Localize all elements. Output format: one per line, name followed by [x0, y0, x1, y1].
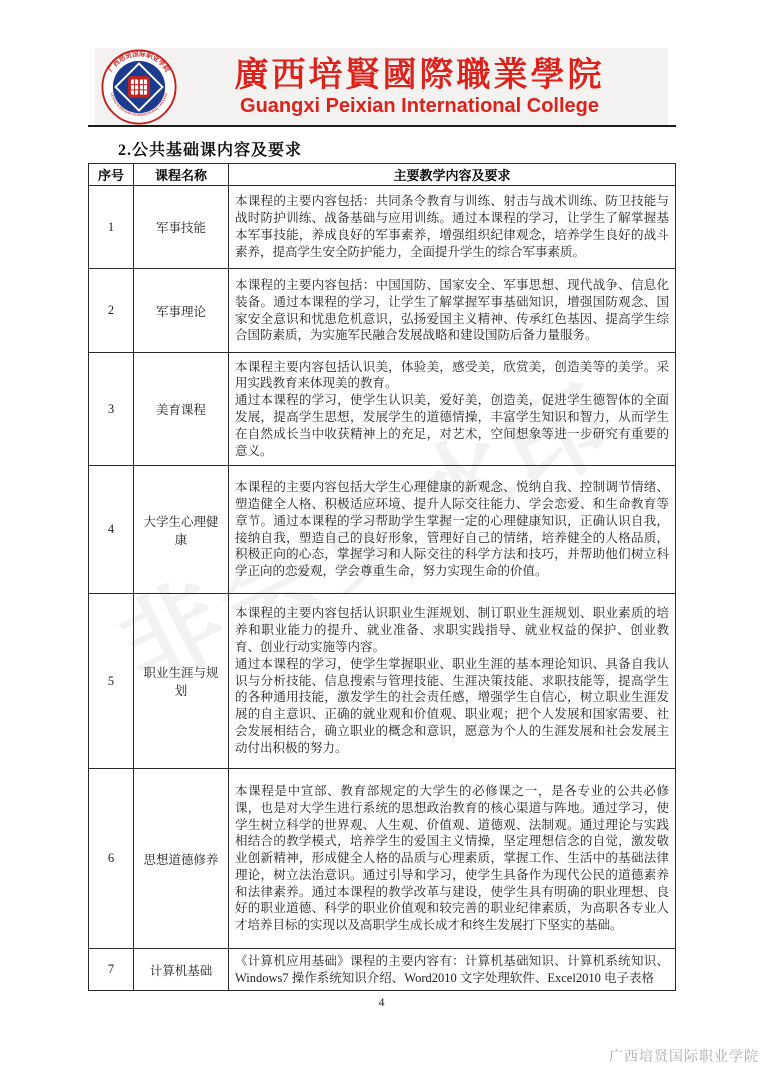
college-header: 广西培贤国际职业学院 GUANGXI PEIXIAN INTERNATIONAL…	[95, 48, 668, 125]
content-paragraph: 本课程主要内容包括认识美，体验美，感受美，欣赏美，创造美等的美学。采用实践教育来…	[235, 359, 669, 393]
course-content: 《计算机应用基础》课程的主要内容有：计算机基础知识、计算机系统知识、Window…	[229, 949, 676, 991]
header-divider	[88, 125, 676, 127]
content-paragraph: 本课程的主要内容包括：中国国防、国家安全、军事思想、现代战争、信息化装备。通过本…	[235, 277, 669, 344]
course-name: 美育课程	[134, 353, 229, 466]
course-name: 思想道德修养	[134, 769, 229, 949]
row-number: 7	[89, 949, 134, 991]
footer-college-name: 广西培贤国际职业学院	[609, 1046, 759, 1066]
course-name: 计算机基础	[134, 949, 229, 991]
table-header-row: 序号 课程名称 主要教学内容及要求	[89, 164, 676, 186]
course-name: 军事技能	[134, 186, 229, 269]
course-name: 军事理论	[134, 269, 229, 353]
course-content: 本课程的主要内容包括大学生心理健康的新观念、悦纳自我、控制调节情绪、塑造健全人格…	[229, 466, 676, 594]
college-name-zh: 廣西培賢國際職業學院	[177, 56, 662, 94]
content-paragraph: 本课程是中宣部、教育部规定的大学生的必修课之一，是各专业的公共必修课，也是对大学…	[235, 783, 669, 934]
college-name-en: Guangxi Peixian International College	[177, 94, 662, 118]
col-header-content: 主要教学内容及要求	[229, 164, 676, 186]
row-number: 5	[89, 594, 134, 769]
content-paragraph: 本课程的主要内容包括认识职业生涯规划、制订职业生涯规划、职业素质的培养和职业能力…	[235, 605, 669, 655]
row-number: 4	[89, 466, 134, 594]
document-page: 非会员水印 广西培贤国际职业学院	[0, 0, 763, 1080]
table-row: 4 大学生心理健康 本课程的主要内容包括大学生心理健康的新观念、悦纳自我、控制调…	[89, 466, 676, 594]
college-name-block: 廣西培賢國際職業學院 Guangxi Peixian International…	[177, 56, 668, 118]
table-row: 2 军事理论 本课程的主要内容包括：中国国防、国家安全、军事思想、现代战争、信息…	[89, 269, 676, 353]
course-table: 序号 课程名称 主要教学内容及要求 1 军事技能 本课程的主要内容包括：共同条令…	[88, 163, 676, 991]
content-paragraph: 《计算机应用基础》课程的主要内容有：计算机基础知识、计算机系统知识、Window…	[235, 953, 669, 987]
table-row: 6 思想道德修养 本课程是中宣部、教育部规定的大学生的必修课之一，是各专业的公共…	[89, 769, 676, 949]
course-content: 本课程是中宣部、教育部规定的大学生的必修课之一，是各专业的公共必修课，也是对大学…	[229, 769, 676, 949]
course-content: 本课程的主要内容包括认识职业生涯规划、制订职业生涯规划、职业素质的培养和职业能力…	[229, 594, 676, 769]
col-header-course: 课程名称	[134, 164, 229, 186]
section-title: 2.公共基础课内容及要求	[118, 137, 302, 160]
table-row: 1 军事技能 本课程的主要内容包括：共同条令教育与训练、射击与战术训练、防卫技能…	[89, 186, 676, 269]
content-paragraph: 本课程的主要内容包括大学生心理健康的新观念、悦纳自我、控制调节情绪、塑造健全人格…	[235, 479, 669, 580]
course-content: 本课程的主要内容包括：中国国防、国家安全、军事思想、现代战争、信息化装备。通过本…	[229, 269, 676, 353]
course-content: 本课程主要内容包括认识美，体验美，感受美，欣赏美，创造美等的美学。采用实践教育来…	[229, 353, 676, 466]
content-paragraph: 通过本课程的学习，使学生认识美，爱好美，创造美，促进学生德智体的全面发展，提高学…	[235, 392, 669, 459]
table-row: 3 美育课程 本课程主要内容包括认识美，体验美，感受美，欣赏美，创造美等的美学。…	[89, 353, 676, 466]
row-number: 1	[89, 186, 134, 269]
row-number: 2	[89, 269, 134, 353]
page-number: 4	[0, 995, 763, 1010]
course-name: 职业生涯与规划	[134, 594, 229, 769]
college-logo-emblem: 广西培贤国际职业学院 GUANGXI PEIXIAN INTERNATIONAL…	[101, 49, 177, 125]
content-paragraph: 本课程的主要内容包括：共同条令教育与训练、射击与战术训练、防卫技能与战时防护训练…	[235, 193, 669, 260]
row-number: 6	[89, 769, 134, 949]
course-name: 大学生心理健康	[134, 466, 229, 594]
table-row: 7 计算机基础 《计算机应用基础》课程的主要内容有：计算机基础知识、计算机系统知…	[89, 949, 676, 991]
row-number: 3	[89, 353, 134, 466]
content-paragraph: 通过本课程的学习，使学生掌握职业、职业生涯的基本理论知识、具备自我认识与分析技能…	[235, 656, 669, 757]
table-row: 5 职业生涯与规划 本课程的主要内容包括认识职业生涯规划、制订职业生涯规划、职业…	[89, 594, 676, 769]
college-logo: 广西培贤国际职业学院 GUANGXI PEIXIAN INTERNATIONAL…	[101, 49, 177, 125]
col-header-no: 序号	[89, 164, 134, 186]
course-content: 本课程的主要内容包括：共同条令教育与训练、射击与战术训练、防卫技能与战时防护训练…	[229, 186, 676, 269]
